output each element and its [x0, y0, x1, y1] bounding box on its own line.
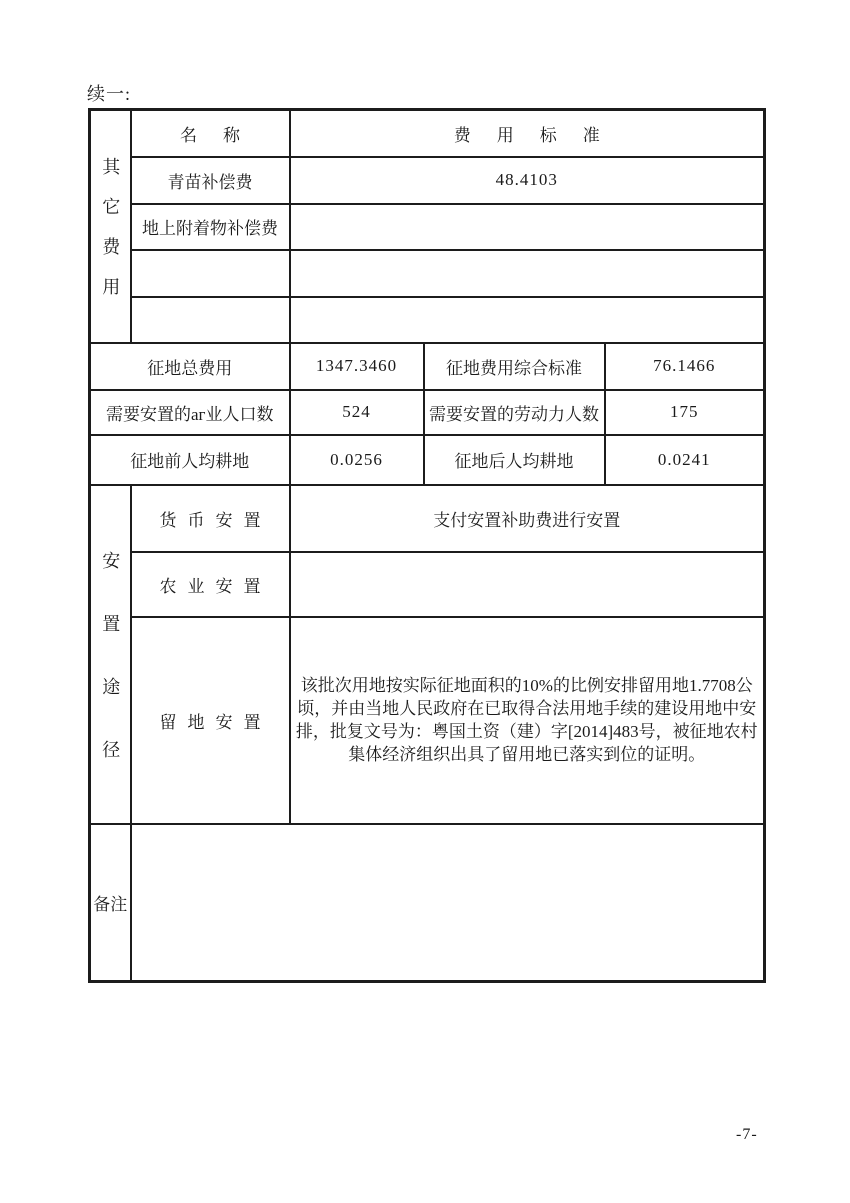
- summary-value: 1347.3460: [290, 343, 424, 390]
- summary-label: 征地前人均耕地: [90, 435, 290, 485]
- summary-label: 征地总费用: [90, 343, 290, 390]
- summary-value: 524: [290, 390, 424, 435]
- resettlement-type-label: 货币安置: [131, 485, 290, 552]
- table-row: 青苗补偿费 48.4103: [90, 157, 765, 204]
- summary-label: 需要安置的劳动力人数: [424, 390, 605, 435]
- summary-value: 76.1466: [605, 343, 765, 390]
- header-name: 名称: [131, 110, 290, 157]
- resettlement-content: 支付安置补助费进行安置: [290, 485, 765, 552]
- summary-value: 0.0241: [605, 435, 765, 485]
- table-row: 备注: [90, 824, 765, 982]
- section-label-resettlement: 安置途径: [90, 485, 131, 824]
- section-label-other-fees: 其它费用: [90, 110, 131, 343]
- resettlement-type-label: 留地安置: [131, 617, 290, 824]
- table-row: 安置途径 货币安置 支付安置补助费进行安置: [90, 485, 765, 552]
- land-acquisition-table: 其它费用 名称 费用标准 青苗补偿费 48.4103 地上附着物补偿费: [88, 108, 766, 983]
- fee-name-cell: 青苗补偿费: [131, 157, 290, 204]
- table-row: 征地总费用 1347.3460 征地费用综合标准 76.1466: [90, 343, 765, 390]
- fee-name-cell: [131, 250, 290, 297]
- remarks-content: [131, 824, 765, 982]
- summary-label: 需要安置的аг业人口数: [90, 390, 290, 435]
- table-row: 征地前人均耕地 0.0256 征地后人均耕地 0.0241: [90, 435, 765, 485]
- header-fee-standard: 费用标准: [290, 110, 765, 157]
- fee-name-cell: [131, 297, 290, 343]
- table-row: 农业安置: [90, 552, 765, 617]
- fee-value-cell: 48.4103: [290, 157, 765, 204]
- remarks-label: 备注: [90, 824, 131, 982]
- fee-value-cell: [290, 250, 765, 297]
- resettlement-content: [290, 552, 765, 617]
- page-number: -7-: [736, 1126, 758, 1144]
- table-row: 需要安置的аг业人口数 524 需要安置的劳动力人数 175: [90, 390, 765, 435]
- table-row: [90, 250, 765, 297]
- fee-name-cell: 地上附着物补偿费: [131, 204, 290, 250]
- continuation-label: 续一:: [87, 80, 131, 106]
- table-row: 地上附着物补偿费: [90, 204, 765, 250]
- summary-label: 征地后人均耕地: [424, 435, 605, 485]
- resettlement-type-label: 农业安置: [131, 552, 290, 617]
- scanned-document-page: 续一: 其它费用 名称 费用标准 青苗补偿费 48.4103 地上附着物: [0, 0, 850, 1203]
- table-row: 其它费用 名称 费用标准: [90, 110, 765, 157]
- table-row: 留地安置 该批次用地按实际征地面积的10%的比例安排留用地1.7708公顷，并由…: [90, 617, 765, 824]
- other-fees-vertical-label: 其它费用: [97, 157, 123, 317]
- summary-value: 0.0256: [290, 435, 424, 485]
- summary-label: 征地费用综合标准: [424, 343, 605, 390]
- summary-value: 175: [605, 390, 765, 435]
- fee-value-cell: [290, 204, 765, 250]
- table-row: [90, 297, 765, 343]
- resettlement-content: 该批次用地按实际征地面积的10%的比例安排留用地1.7708公顷，并由当地人民政…: [290, 617, 765, 824]
- fee-value-cell: [290, 297, 765, 343]
- resettlement-vertical-label: 安置途径: [97, 551, 123, 803]
